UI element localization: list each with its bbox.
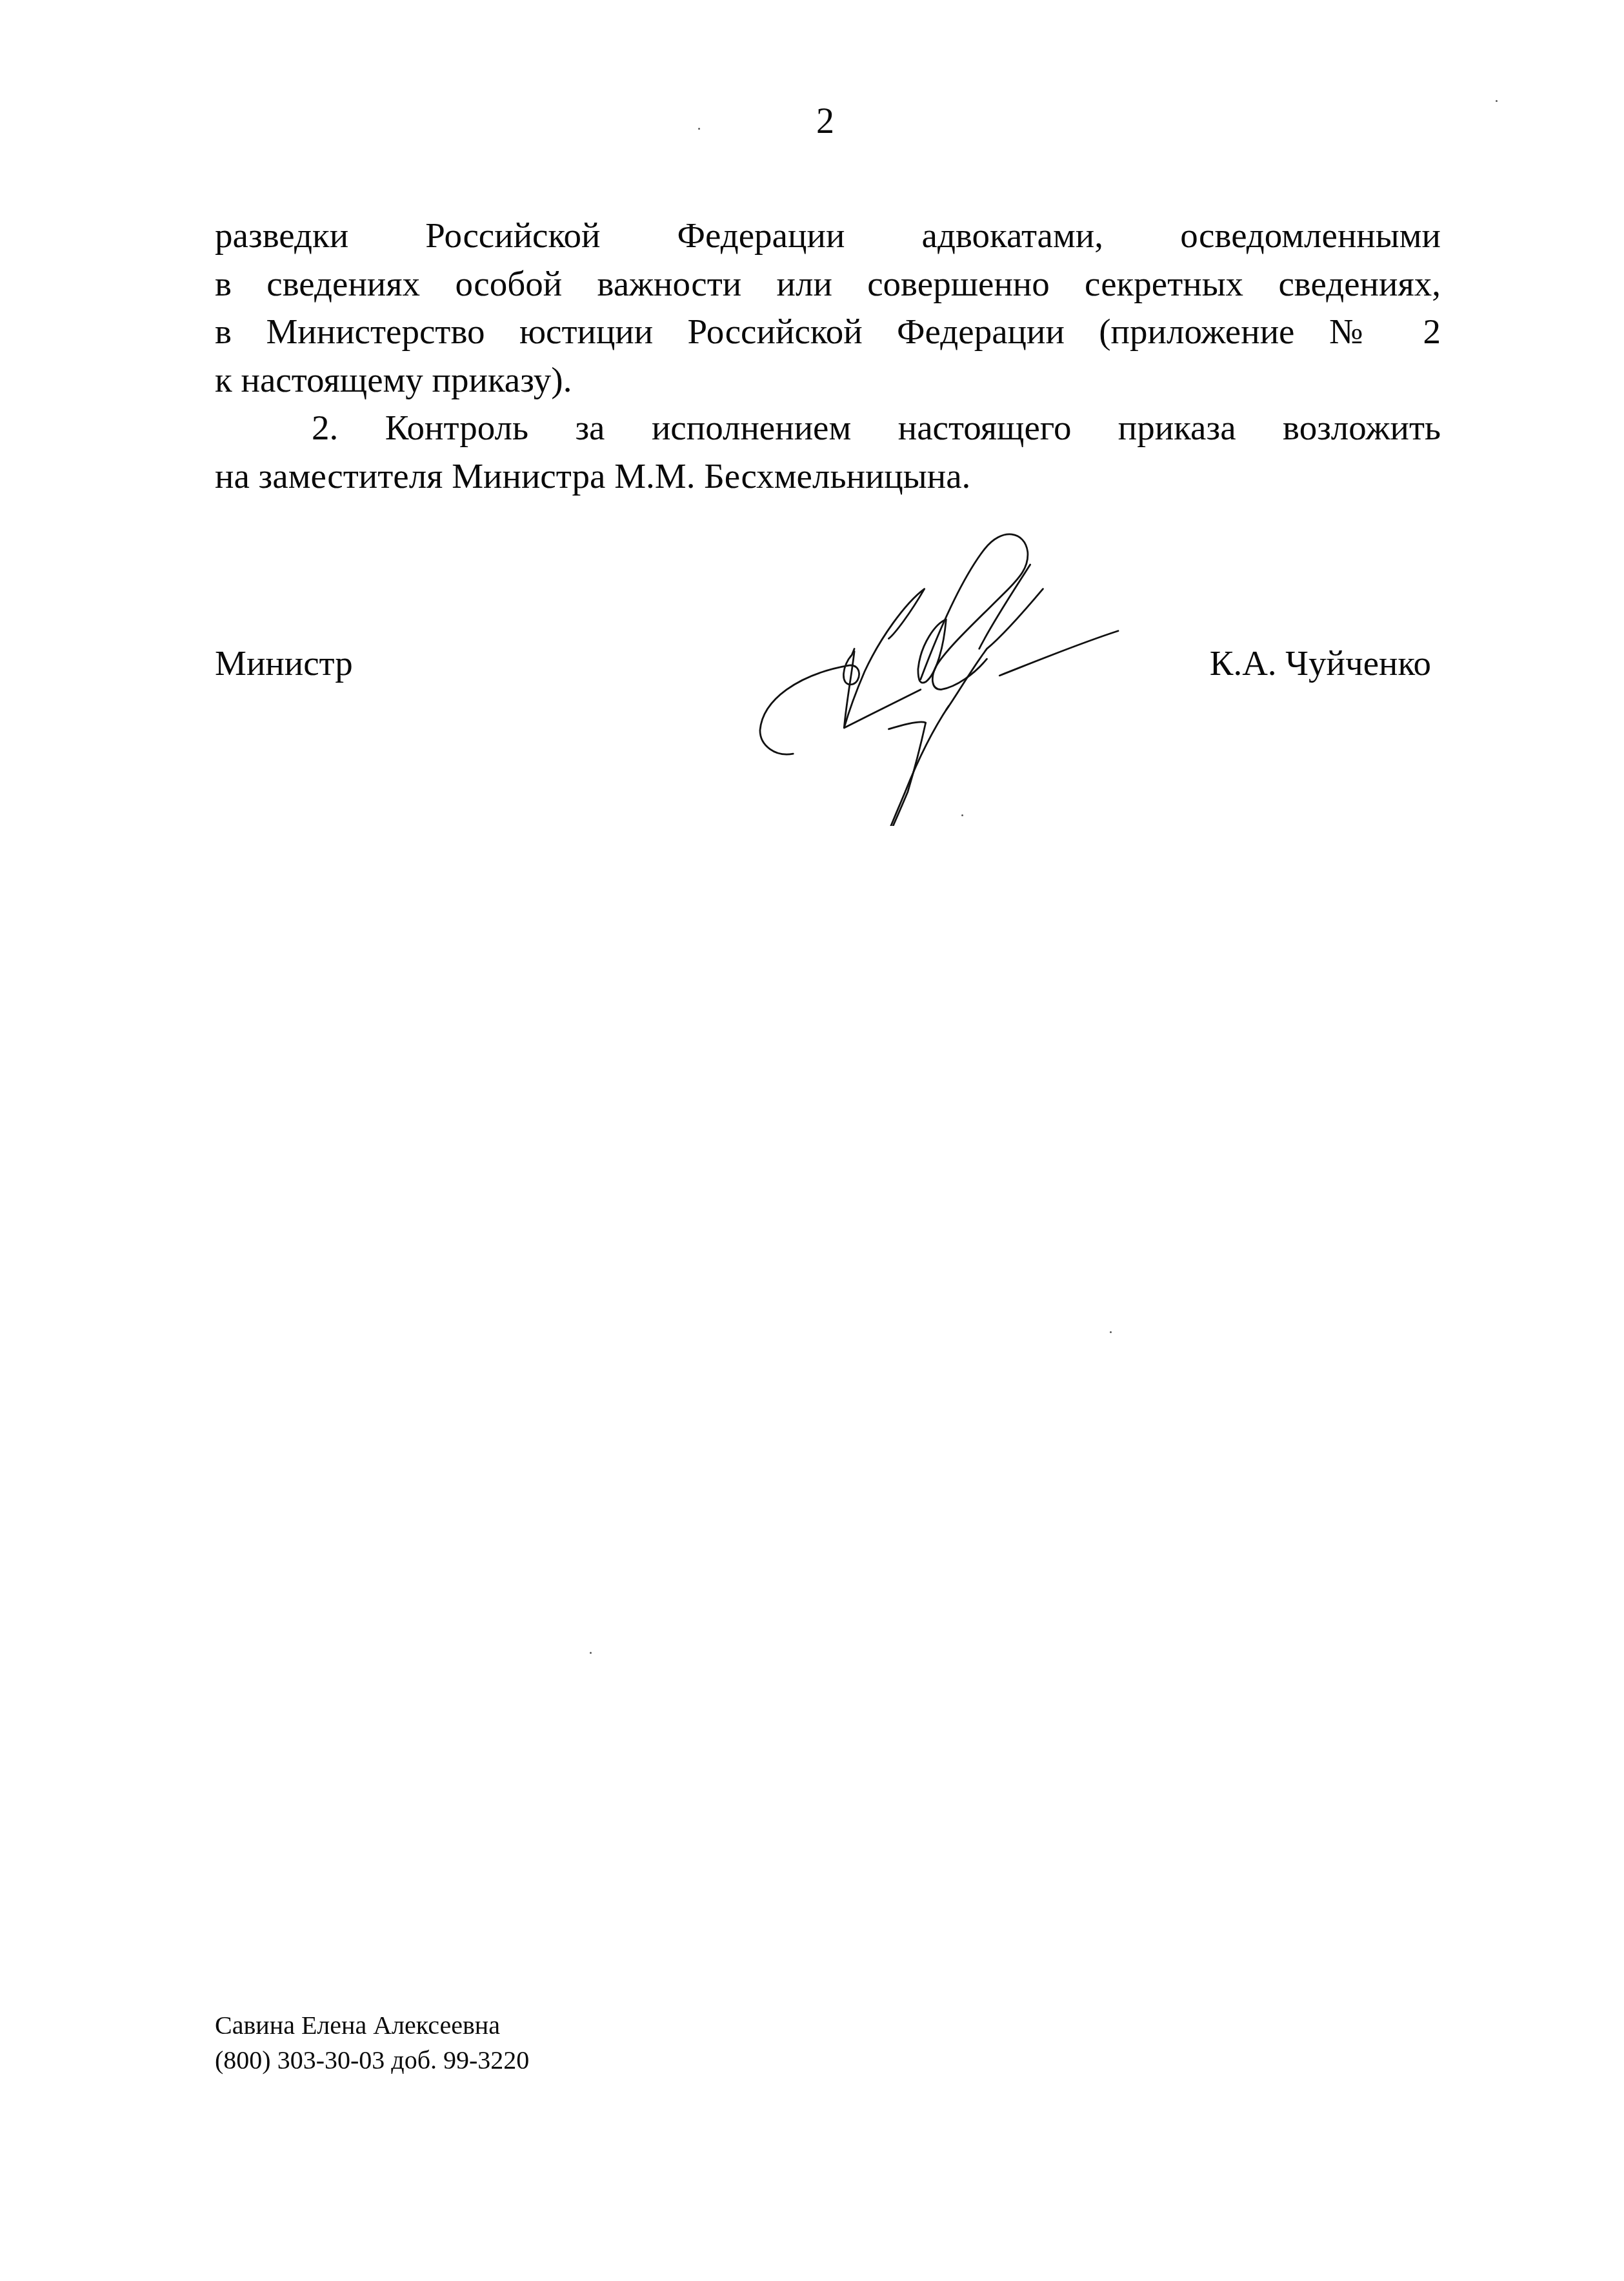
page-number: 2 (816, 103, 834, 139)
body-line: на заместителя Министра М.М. Бесхмельниц… (215, 452, 1441, 501)
contact-name: Савина Елена Алексеевна (215, 2008, 529, 2043)
scan-speck (961, 814, 963, 816)
signatory-name: К.А. Чуйченко (1210, 645, 1431, 681)
contact-footer: Савина Елена Алексеевна (800) 303-30-03 … (215, 2008, 529, 2078)
body-line: разведки Российской Федерации адвокатами… (215, 212, 1441, 260)
paragraph-2-line: 2. Контроль за исполнением настоящего пр… (215, 404, 1441, 452)
scan-speck (1496, 100, 1498, 102)
body-line: к настоящему приказу). (215, 356, 1441, 405)
scan-speck (590, 1652, 592, 1654)
scan-speck (698, 128, 700, 130)
scan-speck (1110, 1331, 1112, 1333)
signature-icon (742, 516, 1142, 826)
contact-phone: (800) 303-30-03 доб. 99-3220 (215, 2043, 529, 2078)
body-line: в Министерство юстиции Российской Федера… (215, 308, 1441, 356)
body-line: в сведениях особой важности или совершен… (215, 260, 1441, 308)
document-body: разведки Российской Федерации адвокатами… (215, 212, 1441, 500)
signatory-title: Министр (215, 645, 353, 681)
